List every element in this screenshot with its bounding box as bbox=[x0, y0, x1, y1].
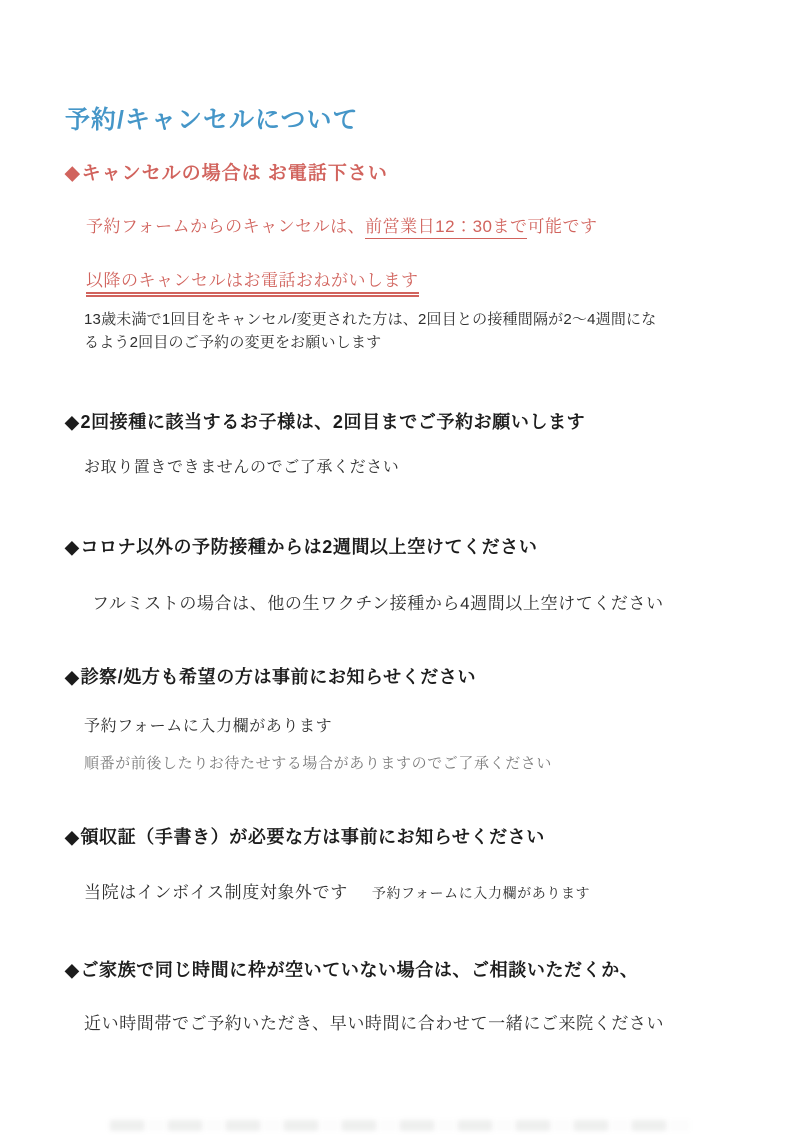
diamond-bullet-icon: ◆ bbox=[65, 960, 79, 980]
vaccine-interval-heading-text: コロナ以外の予防接種からは2週間以上空けてください bbox=[80, 537, 537, 557]
under-13-note-line2: るよう2回目のご予約の変更をお願いします bbox=[84, 334, 381, 351]
cancel-form-deadline-line: 予約フォームからのキャンセルは、前営業日12：30まで可能です bbox=[86, 212, 597, 237]
under-13-note: 13歳未満で1回目をキャンセル/変更された方は、2回目との接種間隔が2～4週間に… bbox=[84, 308, 656, 354]
vaccine-interval-heading: ◆コロナ以外の予防接種からは2週間以上空けてください bbox=[65, 533, 537, 559]
flumist-sub: フルミストの場合は、他の生ワクチン接種から4週間以上空けてください bbox=[92, 589, 664, 614]
under-13-note-line1: 13歳未満で1回目をキャンセル/変更された方は、2回目との接種間隔が2～4週間に… bbox=[84, 311, 656, 328]
cancel-section-heading: ◆キャンセルの場合は お電話下さい bbox=[65, 158, 388, 185]
receipt-sub-row: 当院はインボイス制度対象外です予約フォームに入力欄があります bbox=[84, 878, 590, 903]
invoice-note: 当院はインボイス制度対象外です bbox=[84, 883, 348, 902]
family-slot-sub: 近い時間帯でご予約いただき、早い時間に合わせて一緒にご来院ください bbox=[84, 1009, 664, 1034]
consultation-wait-note: 順番が前後したりお待たせする場合がありますのでご了承ください bbox=[84, 752, 552, 773]
diamond-bullet-icon: ◆ bbox=[65, 667, 79, 687]
deadline-underlined: 前営業日12：30まで bbox=[365, 217, 527, 239]
cancel-heading-text: キャンセルの場合は お電話下さい bbox=[82, 163, 388, 184]
diamond-bullet-icon: ◆ bbox=[65, 827, 79, 847]
receipt-heading: ◆領収証（手書き）が必要な方は事前にお知らせください bbox=[65, 823, 545, 849]
cancel-by-phone-line: 以降のキャンセルはお電話おねがいします bbox=[86, 266, 419, 297]
receipt-form-note: 予約フォームに入力欄があります bbox=[372, 885, 590, 901]
second-dose-sub: お取り置きできませんのでご了承ください bbox=[84, 454, 399, 477]
diamond-bullet-icon: ◆ bbox=[65, 412, 79, 432]
second-dose-heading-text: 2回接種に該当するお子様は、2回目までご予約お願いします bbox=[80, 412, 585, 432]
deadline-suffix: 可能です bbox=[527, 217, 597, 236]
family-slot-heading-text: ご家族で同じ時間に枠が空いていない場合は、ご相談いただくか、 bbox=[80, 960, 638, 980]
diamond-bullet-icon: ◆ bbox=[65, 163, 81, 184]
consultation-heading-text: 診察/処方も希望の方は事前にお知らせください bbox=[80, 667, 476, 687]
family-slot-heading: ◆ご家族で同じ時間に枠が空いていない場合は、ご相談いただくか、 bbox=[65, 956, 638, 982]
deadline-prefix: 予約フォームからのキャンセルは、 bbox=[86, 217, 365, 236]
receipt-heading-text: 領収証（手書き）が必要な方は事前にお知らせください bbox=[80, 827, 544, 847]
diamond-bullet-icon: ◆ bbox=[65, 537, 79, 557]
second-dose-heading: ◆2回接種に該当するお子様は、2回目までご予約お願いします bbox=[65, 408, 585, 434]
consultation-form-sub: 予約フォームに入力欄があります bbox=[84, 713, 332, 736]
page-title: 予約/キャンセルについて bbox=[65, 100, 358, 136]
consultation-heading: ◆診察/処方も希望の方は事前にお知らせください bbox=[65, 663, 476, 689]
document-page: 予約/キャンセルについて ◆キャンセルの場合は お電話下さい 予約フォームからの… bbox=[0, 0, 800, 1135]
scan-artifact-bottom bbox=[110, 1120, 690, 1131]
